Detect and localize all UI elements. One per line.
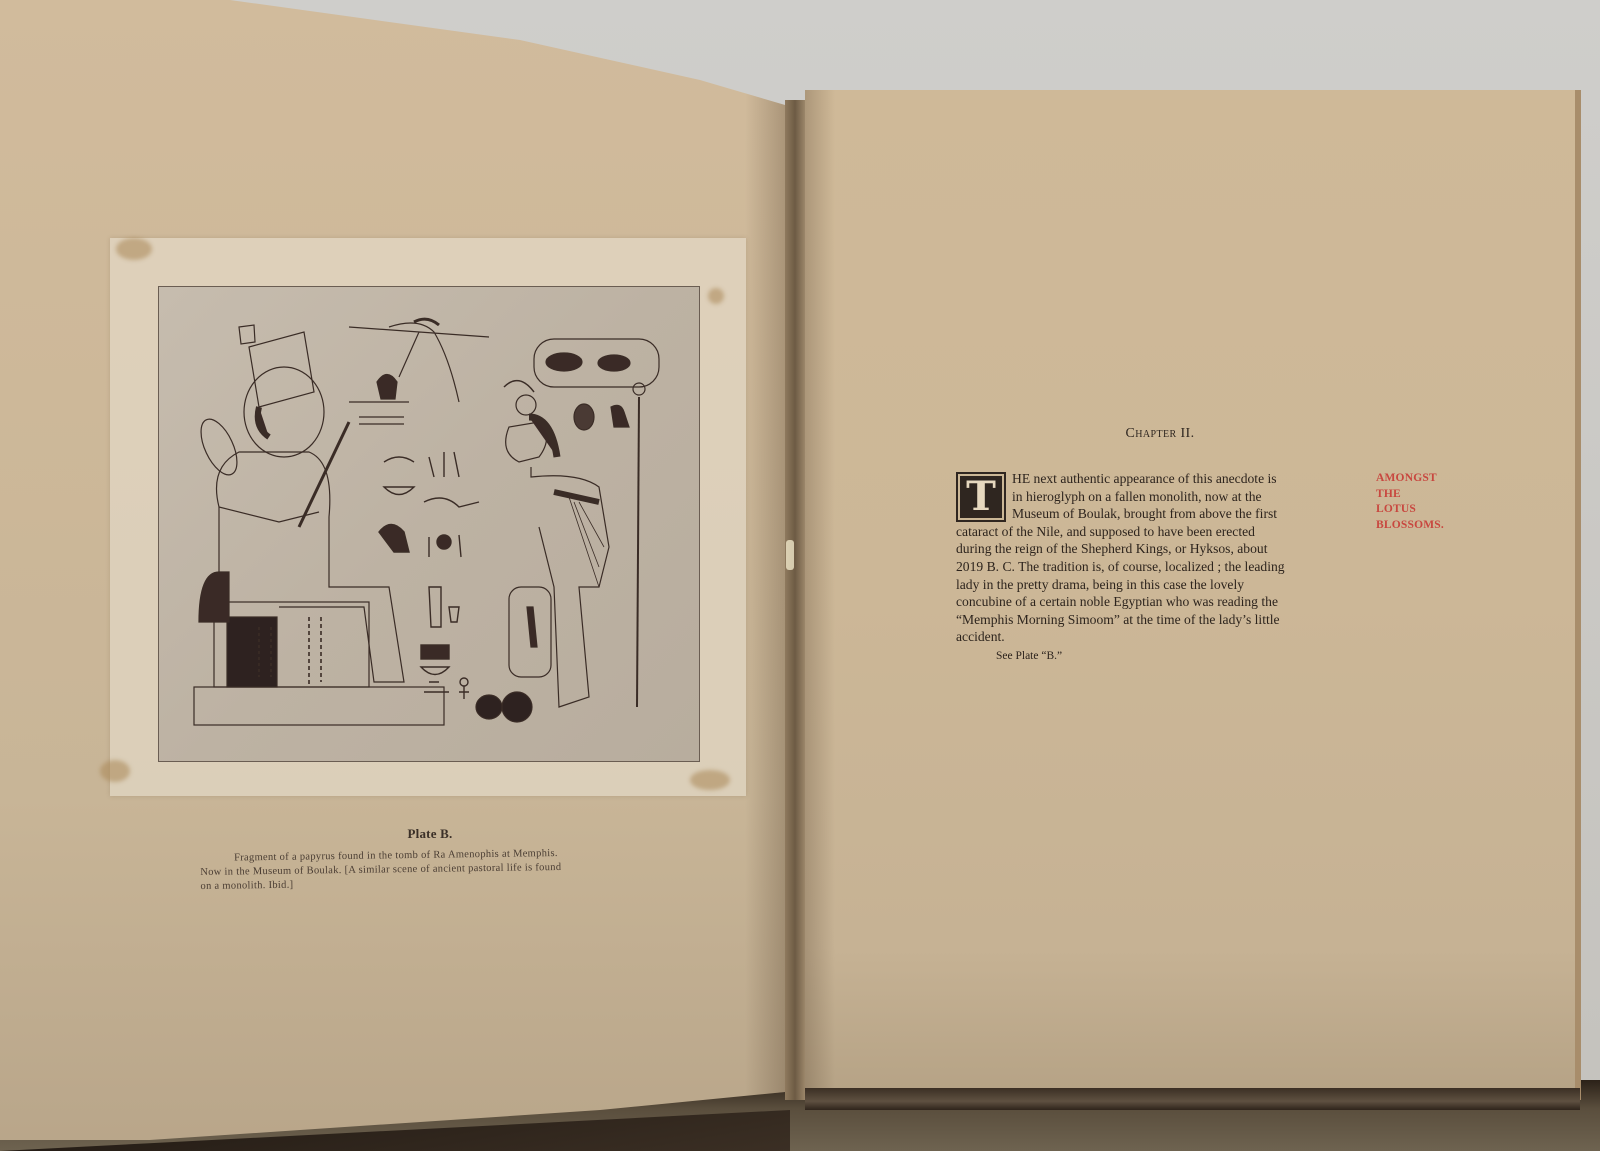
drop-cap-initial: T <box>956 472 1006 522</box>
papyrus-illustration-svg <box>159 287 699 761</box>
body-line: 2019 B. C. The tradition is, of course, … <box>956 558 1360 576</box>
chapter-heading: Chapter II. <box>1060 426 1260 442</box>
foxing-stain <box>708 288 724 304</box>
see-plate-reference: See Plate “B.” <box>996 650 1062 662</box>
chapter-body: T HE next authentic appearance of this a… <box>956 470 1360 646</box>
binding-thread <box>786 540 794 570</box>
foxing-stain <box>116 238 152 260</box>
sidenote-line: BLOSSOMS. <box>1376 518 1466 534</box>
margin-sidenote: AMONGST THE LOTUS BLOSSOMS. <box>1376 471 1466 533</box>
body-line: accident. <box>956 628 1360 646</box>
body-line: Museum of Boulak, brought from above the… <box>956 505 1360 523</box>
body-line: HE next authentic appearance of this ane… <box>956 470 1360 488</box>
plate-caption: Plate B. Fragment of a papyrus found in … <box>200 826 660 894</box>
book-gutter <box>785 100 805 1100</box>
foxing-stain <box>100 760 130 782</box>
body-line: lady in the pretty drama, being in this … <box>956 576 1360 594</box>
plate-title: Plate B. <box>200 826 660 842</box>
plate-illustration <box>158 286 700 762</box>
body-line: concubine of a certain noble Egyptian wh… <box>956 593 1360 611</box>
body-line: “Memphis Morning Simoom” at the time of … <box>956 611 1360 629</box>
sidenote-line: THE <box>1376 487 1466 503</box>
plate-description: Fragment of a papyrus found in the tomb … <box>200 846 661 894</box>
right-page-bottom-edge <box>805 1088 1580 1110</box>
body-line: in hieroglyph on a fallen monolith, now … <box>956 488 1360 506</box>
body-line: cataract of the Nile, and supposed to ha… <box>956 523 1360 541</box>
body-line: during the reign of the Shepherd Kings, … <box>956 540 1360 558</box>
sidenote-line: LOTUS <box>1376 502 1466 518</box>
sidenote-line: AMONGST <box>1376 471 1466 487</box>
foxing-stain <box>690 770 730 790</box>
